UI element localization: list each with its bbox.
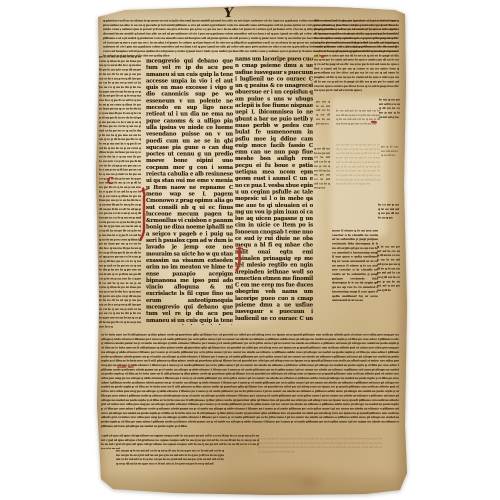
right-strip-gloss-4: q le ua ne pe mi ad lo cu es q di an la … — [377, 245, 400, 319]
decorated-initial-icon — [137, 185, 151, 243]
manuscript-photo: Y ca m p q ginelue racll ac m etena ie q… — [0, 0, 500, 500]
red-initial-icon — [235, 246, 244, 272]
right-edge-shade — [399, 5, 408, 495]
ink-speck — [95, 467, 100, 476]
right-margin-gloss-top: fiui a cassi ad le pe ua q come n ua ne … — [314, 19, 399, 107]
bottom-edge-shade — [95, 475, 408, 495]
left-margin-gloss: pe li ce ad te q no le m p es cera q diu… — [99, 55, 141, 338]
parchment-leaf-wrap: Y ca m p q ginelue racll ac m etena ie q… — [95, 5, 408, 495]
marginal-flourish-icon: & — [96, 83, 100, 89]
red-accent-dot — [321, 55, 324, 58]
bottom-gloss-left-extension: c psl ut quo ali que chi gruliese ue ogs… — [101, 434, 259, 449]
top-edge-note: ca m p — [347, 5, 391, 9]
right-strip-gloss-3: la co ne p ua q le es mi ad q ne pe di u… — [378, 203, 399, 233]
right-strip-gloss-1: le ua q ne pe mi ad lo cu es q di an la … — [379, 98, 400, 132]
right-strip-gloss-2: pe q le ua ne mi ad lo q es di an — [381, 145, 398, 171]
bottom-gloss-band: ar le bria une ue li uili pinaao q diar … — [101, 333, 399, 434]
bottom-gloss-tongue: ne ua pe q le es mi ad cu lo q ne p di u… — [116, 449, 224, 469]
central-gloss-lower: nune fi etnee q le ua nos nes ceeclar n … — [332, 229, 378, 333]
main-text-column-right: nams um lacoripe pueo cuo n cmap psieme … — [235, 56, 313, 320]
rubricated-initial-left: C — [107, 177, 114, 187]
inner-gloss-upper: pe ua q le es mi ad cu lo q ne di ua la … — [316, 100, 330, 142]
show-through-text: im ne ua pe le es q mi ad cu lo ne p di … — [258, 437, 382, 475]
right-gloss-erased-ghost: ua ne pe lo es q mi ad cu le di q an co … — [336, 143, 380, 229]
parchment-leaf: Y ca m p q ginelue racll ac m etena ie q… — [95, 5, 408, 495]
right-gloss-faded: ir ue ad pe lo q ne mi cu le ua di es q … — [336, 109, 380, 141]
stain — [293, 475, 325, 491]
rubricated-word: anno dni — [117, 365, 134, 369]
inner-gloss-mid: q ne di ua la es pe an co le mi ad cu lo… — [314, 147, 330, 239]
main-text-column-left: mcengrevio qui debano que tum vel re ip … — [146, 58, 233, 325]
